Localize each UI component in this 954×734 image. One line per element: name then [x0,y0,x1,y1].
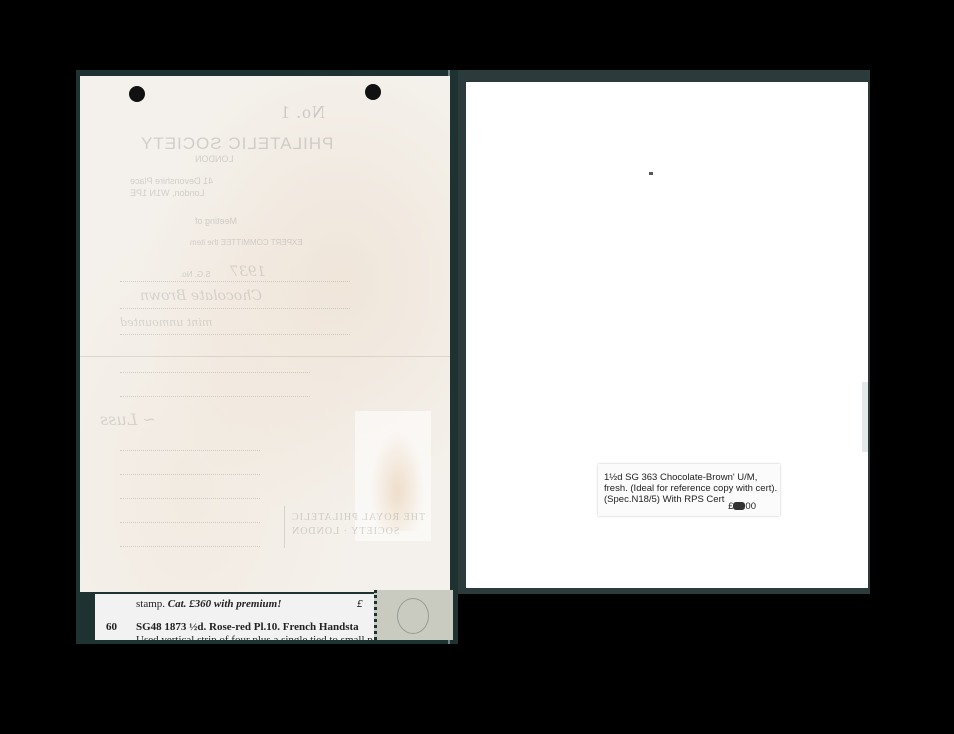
catalogue-line-1: stamp. Cat. £360 with premium! [136,598,281,610]
label-line-1: 1½d SG 363 Chocolate-Brown' U/M, [604,472,780,483]
cert-handwriting-2: mint unmounted [120,316,212,329]
fold-crease [80,356,450,357]
label-line-2: fresh. (Ideal for reference copy with ce… [604,483,780,494]
dotted-line [120,474,260,475]
punch-hole-right-icon [365,84,381,100]
dotted-line [120,522,260,523]
dotted-line [120,308,350,309]
dotted-line [120,372,310,373]
seal-text-line1: THE ROYAL PHILATELIC [291,512,425,523]
used-stamp-image [374,590,453,640]
catalogue-line1-prefix: stamp. [136,598,165,610]
cert-meeting: Meeting of [195,216,237,226]
dotted-line [120,450,260,451]
dotted-line [120,334,350,335]
catalogue-description-strip: stamp. Cat. £360 with premium! £ 60 SG48… [95,594,375,640]
page-shadow [862,382,868,452]
price-suffix: 00 [745,501,756,512]
dust-speck [649,172,653,175]
cert-society-name: PHILATELIC SOCIETY [140,134,333,154]
catalogue-line1-emphasis: Cat. £360 with premium! [168,598,282,610]
cert-address-line1: 41 Devonshire Place [130,176,213,186]
cert-year-handwritten: 1937 [230,264,266,280]
cert-number: No. 1 [280,102,325,123]
dotted-line [120,546,260,547]
catalogue-line-2: SG48 1873 ½d. Rose-red Pl.10. French Han… [136,621,359,633]
cert-committee: EXPERT COMMITTEE the item [190,238,303,247]
label-price: £00 [728,501,756,512]
seal-text-line2: SOCIETY · LONDON [291,526,399,537]
cert-address-line2: London, W1N 1PE [130,188,205,198]
cert-sg-number: S.G. No. [180,270,211,279]
dotted-line [120,396,310,397]
dotted-line [120,498,260,499]
punch-hole-left-icon [129,86,145,102]
description-label: 1½d SG 363 Chocolate-Brown' U/M, fresh. … [598,464,780,516]
cert-handwriting-1: Chocolate Brown [140,288,262,304]
postmark-icon [397,598,429,634]
embossed-seal: THE ROYAL PHILATELIC SOCIETY · LONDON [284,506,435,548]
cert-city: LONDON [195,154,234,164]
catalogue-line-3: Used vertical strip of four plus a singl… [136,634,373,640]
expert-certificate-reverse: No. 1 PHILATELIC SOCIETY LONDON 41 Devon… [80,76,450,592]
dotted-line [120,281,350,282]
price-redaction-blot [733,502,745,510]
lot-number: 60 [106,621,117,633]
cert-signature: ~ Luss [100,410,156,429]
catalogue-line1-price: £ [357,598,363,610]
